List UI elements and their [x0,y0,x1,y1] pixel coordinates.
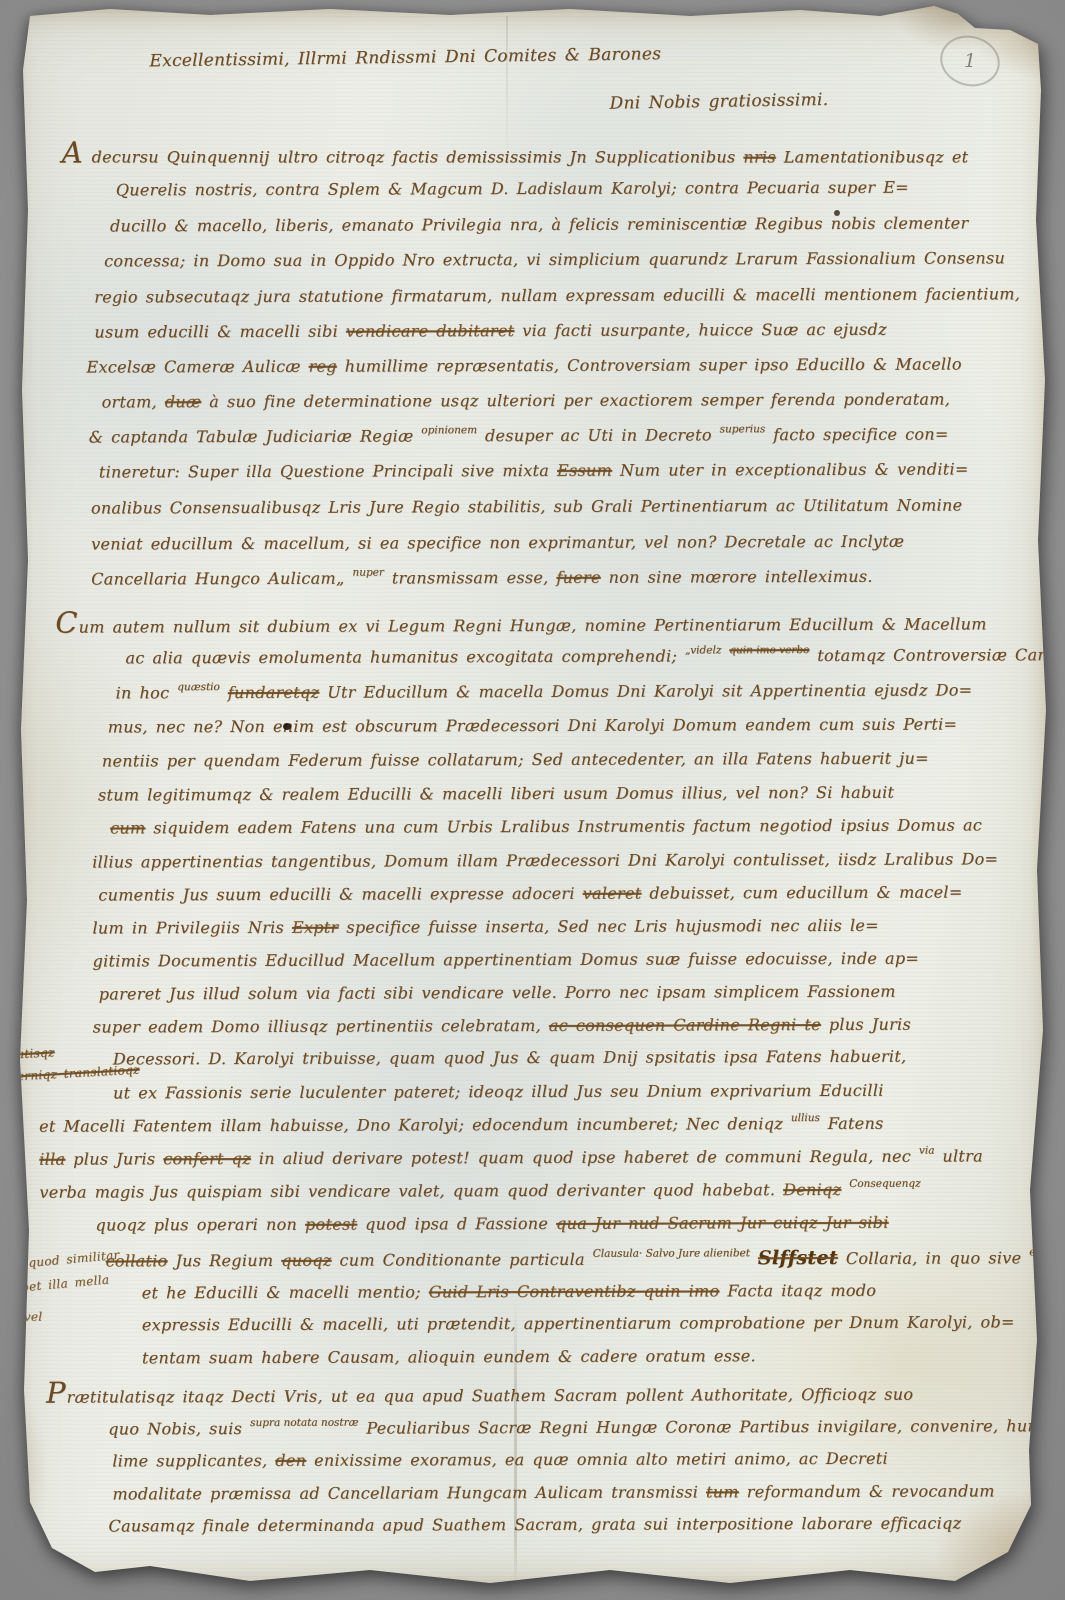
initial-capital: P [46,1376,67,1410]
struck-text: ac consequen Cardine Regni te [549,1015,821,1035]
manuscript-line: Decessori. D. Karolyi tribuisse, quam qu… [113,1047,907,1069]
manuscript-text: plus Juris [821,1015,911,1034]
manuscript-text: cum Conditionante particula [332,1250,593,1270]
margin-note: Et quod similitar [7,1248,120,1272]
manuscript-line: mus, nec ne? Non enim est obscurum Præde… [108,715,958,737]
interlinear-insert: opinionem [421,424,477,436]
scan-background: Excellentissimi, Illrmi Rndissmi Dni Com… [0,0,1065,1600]
header-line: Dni Nobis gratiosissimi. [609,90,828,114]
struck-text: Essum [557,461,612,480]
manuscript-text: Et quod similitar [7,1248,120,1272]
manuscript-text: rætitulatisqz itaqz Decti Vris, ut ea qu… [67,1385,914,1407]
manuscript-text: Decessori. D. Karolyi tribuisse, quam qu… [113,1047,907,1069]
manuscript-text: debuisset, cum educillum & macel= [641,882,962,902]
manuscript-line: Prætitulatisqz itaqz Decti Vris, ut ea q… [46,1379,913,1407]
manuscript-text: illius appertinentias tangentibus, Domum… [92,849,998,871]
manuscript-line: lime supplicantes, den enixissime exoram… [112,1449,888,1471]
manuscript-text: um autem nullum sit dubium ex vi Legum R… [79,614,987,636]
interlinear-insert: nuper [352,567,384,579]
interlinear-insert: Clausula· Salvo Jure alienibet [593,1247,750,1260]
struck-text: nris [743,148,775,167]
manuscript-text: reformandum & revocandum [739,1481,995,1501]
page-number: 1 [964,50,976,72]
struck-text: derniqz translatioqz [9,1063,140,1084]
struck-text: Guid Lris Contraventibz quin imo [429,1281,720,1301]
manuscript-text: facto specifice con= [765,425,948,445]
manuscript-line: Causamqz finale determinanda apud Suathe… [108,1514,961,1536]
struck-text: illa [39,1150,65,1169]
struck-text: reg [309,357,337,376]
manuscript-text: Fatens [820,1114,884,1133]
manuscript-text: concessa; in Domo sua in Oppido Nro extr… [104,248,1005,270]
manuscript-text: et he Educilli & macelli mentio; [142,1282,429,1302]
manuscript-line: & captanda Tabulæ Judiciariæ Regiæ opini… [89,425,949,447]
manuscript-text: et Macelli Fatentem illam habuisse, Dno … [39,1114,791,1136]
struck-text: valeret [583,884,642,903]
ink-blot [283,723,291,730]
manuscript-text: in hoc [116,683,178,702]
manuscript-line: illius appertinentias tangentibus, Domum… [92,849,998,871]
manuscript-text: quoqz plus operari non [95,1215,305,1235]
struck-text: fuere [556,568,600,587]
manuscript-text: stum legitimumqz & realem Educilli & mac… [98,783,894,805]
manuscript-text: ducillo & macello, liberis, emanato Priv… [110,213,968,235]
interlinear-insert: via [919,1145,935,1157]
manuscript-line: ac alia quævis emolumenta humanitus exco… [125,645,1065,667]
manuscript-line: usum educilli & macelli sibi vendicare d… [94,320,887,342]
manuscript-text: Querelis nostris, contra Splem & Magcum … [116,178,909,200]
manuscript-line: et Macelli Fatentem illam habuisse, Dno … [39,1114,883,1136]
struck-text: Deniqz [783,1180,841,1199]
manuscript-line: Querelis nostris, contra Splem & Magcum … [116,178,909,200]
manuscript-line: regio subsecutaqz jura statutione firmat… [94,284,1020,306]
paper-shadow: Excellentissimi, Illrmi Rndissmi Dni Com… [0,0,1065,1600]
manuscript-line: onalibus Consensualibusqz Lris Jure Regi… [91,495,962,517]
margin-note: derniqz translatioqz [9,1063,140,1084]
manuscript-text: mus, nec ne? Non enim est obscurum Præde… [108,715,958,737]
manuscript-text: transmissam esse, [384,568,557,588]
manuscript-line: veniat educillum & macellum, si ea speci… [91,532,904,554]
manuscript-line: super eadem Domo illiusqz pertinentiis c… [93,1015,911,1037]
margin-note: habet illa mella [5,1272,110,1295]
manuscript-text: onalibus Consensualibusqz Lris Jure Regi… [91,495,962,517]
struck-text: duæ [165,392,202,411]
manuscript-text: quo Nobis, suis [108,1419,250,1438]
struck-text: confert qz [163,1149,251,1168]
manuscript-text: à suo fine determinatione usqz ulteriori… [201,390,950,412]
manuscript-text: Causamqz finale determinanda apud Suathe… [108,1514,961,1536]
manuscript-text: usum educilli & macelli sibi [94,322,346,342]
struck-text: quin imo verbo [729,644,809,656]
manuscript-text: decursu Quinquennij ultro citroqz factis… [84,148,744,167]
manuscript-text: totamqz Controversiæ Cardo in [809,645,1065,665]
manuscript-text: tentam suam habere Causam, alioquin eund… [142,1346,756,1367]
struck-text: Slffstet [758,1247,838,1269]
manuscript-text: desuper ac Uti in Decreto [477,425,720,445]
header-line: Excellentissimi, Illrmi Rndissmi Dni Com… [149,44,661,71]
struck-text: den [275,1451,306,1470]
document-scan: { "page": { "number": "1", "background_c… [0,0,1065,1600]
manuscript-line: tineretur: Super illa Questione Principa… [99,459,969,481]
manuscript-line: cumentis Jus suum educilli & macelli exp… [98,882,962,904]
manuscript-text: ut ex Fassionis serie luculenter pateret… [113,1081,884,1103]
manuscript-line: gitimis Documentis Educillud Macellum ap… [93,949,920,971]
manuscript-line: ut ex Fassionis serie luculenter pateret… [113,1081,884,1103]
manuscript-line: verba magis Jus quispiam sibi vendicare … [39,1180,920,1202]
manuscript-line: tentam suam habere Causam, alioquin eund… [142,1346,756,1367]
interlinear-insert: „videlz [685,644,721,656]
manuscript-text: modalitate præmissa ad Cancellariam Hung… [112,1482,706,1503]
manuscript-line: Cancellaria Hungco Aulicam„ nuper transm… [91,567,873,589]
interlinear-insert: ex his indubitatæ [1029,1246,1065,1258]
struck-text: quoqz [281,1251,331,1270]
manuscript-text: Lamentationibusqz et [776,148,968,167]
manuscript-line: lum in Privilegiis Nris Exptr specifice … [92,916,878,938]
struck-text: batisqz [8,1045,54,1062]
manuscript-line: in hoc quæstio fundaretqz Utr Educillum … [116,680,973,702]
manuscript-text: gitimis Documentis Educillud Macellum ap… [93,949,920,971]
manuscript-text: specifice fuisse inserta, Sed nec Lris h… [338,916,878,937]
manuscript-line: concessa; in Domo sua in Oppido Nro extr… [104,248,1005,270]
manuscript-line: ortam, duæ à suo fine determinatione usq… [102,390,951,412]
interlinear-insert: quæstio [177,681,220,693]
interlinear-insert: ullius [791,1112,820,1124]
manuscript-text: humillime repræsentatis, Controversiam s… [337,354,962,375]
manuscript-text: siquidem eadem Fatens una cum Urbis Lral… [145,815,982,837]
manuscript-line: A decursu Quinquennij ultro citroqz fact… [62,142,969,167]
manuscript-text: ultra [934,1146,983,1165]
manuscript-text: Excellentissimi, Illrmi Rndissmi Dni Com… [149,44,661,71]
manuscript-line: collatio Jus Regium quoqz cum Conditiona… [106,1246,1065,1272]
manuscript-line: illa plus Juris confert qz in aliud deri… [39,1146,983,1168]
manuscript-line: modalitate præmissa ad Cancellariam Hung… [112,1481,994,1503]
struck-text: tum [706,1482,739,1501]
struck-text: potest [305,1215,357,1234]
manuscript-text: veniat educillum & macellum, si ea speci… [91,532,904,554]
manuscript-text: nentiis per quendam Federum fuisse colla… [102,749,929,771]
manuscript-text: & captanda Tabulæ Judiciariæ Regiæ [89,426,422,446]
interlinear-insert: superius [720,423,766,435]
manuscript-text: in aliud derivare potest! quam quod ipse… [251,1147,919,1168]
initial-capital: A [62,136,84,170]
struck-text: vendicare dubitaret [346,321,515,341]
interlinear-insert: supra notata nostræ [250,1417,358,1429]
margin-note: batisqz [8,1045,54,1062]
manuscript-text: Num uter in exceptionalibus & venditi= [612,459,969,479]
manuscript-line: Excelsæ Cameræ Aulicæ reg humillime repr… [86,354,961,376]
manuscript-text: via facti usurpante, huicce Suæ ac ejusd… [514,320,887,340]
manuscript-text: Facta itaqz modo [719,1281,876,1301]
struck-text: cum [110,818,145,837]
initial-capital: C [55,606,78,640]
manuscript-text: Dni Nobis gratiosissimi. [609,90,828,114]
manuscript-text: habet illa mella [5,1272,110,1295]
manuscript-text: plus Juris [65,1149,163,1168]
manuscript-text: regio subsecutaqz jura statutione firmat… [94,284,1020,306]
manuscript-text: Utr Educillum & macella Domus Dni Karoly… [319,680,972,701]
manuscript-line: stum legitimumqz & realem Educilli & mac… [98,783,894,805]
manuscript-text [220,683,228,702]
manuscript-text: cumentis Jus suum educilli & macelli exp… [98,884,582,905]
manuscript-line: Cum autem nullum sit dubium ex vi Legum … [55,608,986,636]
manuscript-text: quod ipsa d Fassione [357,1214,556,1234]
manuscript-text: pareret Jus illud solum via facti sibi v… [99,982,896,1004]
manuscript-line: cum siquidem eadem Fatens una cum Urbis … [110,815,982,837]
struck-text: Exptr [292,918,339,937]
interlinear-insert: Consequenqz [849,1178,920,1190]
manuscript-text: ortam, [102,392,165,411]
manuscript-text: Excelsæ Cameræ Aulicæ [86,357,308,377]
paper-sheet: Excellentissimi, Illrmi Rndissmi Dni Com… [0,0,1065,1600]
margin-note: vel [24,1310,43,1324]
ink-blot [834,210,840,216]
manuscript-text: verba magis Jus quispiam sibi vendicare … [39,1180,783,1202]
manuscript-line: quoqz plus operari non potest quod ipsa … [95,1213,888,1235]
manuscript-text: lum in Privilegiis Nris [92,918,292,938]
manuscript-text: lime supplicantes, [112,1451,275,1471]
manuscript-line: nentiis per quendam Federum fuisse colla… [102,749,929,771]
manuscript-text: Peculiaribus Sacræ Regni Hungæ Coronæ Pa… [358,1416,1065,1437]
manuscript-text: non sine mœrore intelleximus. [601,567,873,587]
manuscript-text-layer: Excellentissimi, Illrmi Rndissmi Dni Com… [0,0,1065,1600]
manuscript-line: pareret Jus illud solum via facti sibi v… [99,982,896,1004]
manuscript-text: tineretur: Super illa Questione Principa… [99,461,557,482]
manuscript-text [721,646,729,665]
manuscript-line: quo Nobis, suis supra notata nostræ Pecu… [108,1416,1065,1438]
manuscript-line: expressis Educilli & macelli, uti præten… [142,1312,1015,1334]
struck-text: fundaretqz [228,683,320,702]
manuscript-text [841,1180,849,1199]
manuscript-text: enixissime exoramus, ea quæ omnia alto m… [306,1449,888,1470]
manuscript-text: Jus Regium [168,1251,282,1270]
struck-text: qua Jur nud Sacrum Jur cuiqz Jur sibi [556,1213,889,1233]
manuscript-text: vel [24,1310,43,1324]
manuscript-text: Collaria, in quo sive [838,1248,1029,1268]
manuscript-line: ducillo & macello, liberis, emanato Priv… [110,213,968,235]
manuscript-text: super eadem Domo illiusqz pertinentiis c… [93,1016,549,1037]
manuscript-line: et he Educilli & macelli mentio; Guid Lr… [142,1281,877,1303]
manuscript-text: Cancellaria Hungco Aulicam„ [91,569,352,589]
manuscript-text: expressis Educilli & macelli, uti præten… [142,1312,1015,1334]
manuscript-text: ac alia quævis emolumenta humanitus exco… [125,646,685,667]
